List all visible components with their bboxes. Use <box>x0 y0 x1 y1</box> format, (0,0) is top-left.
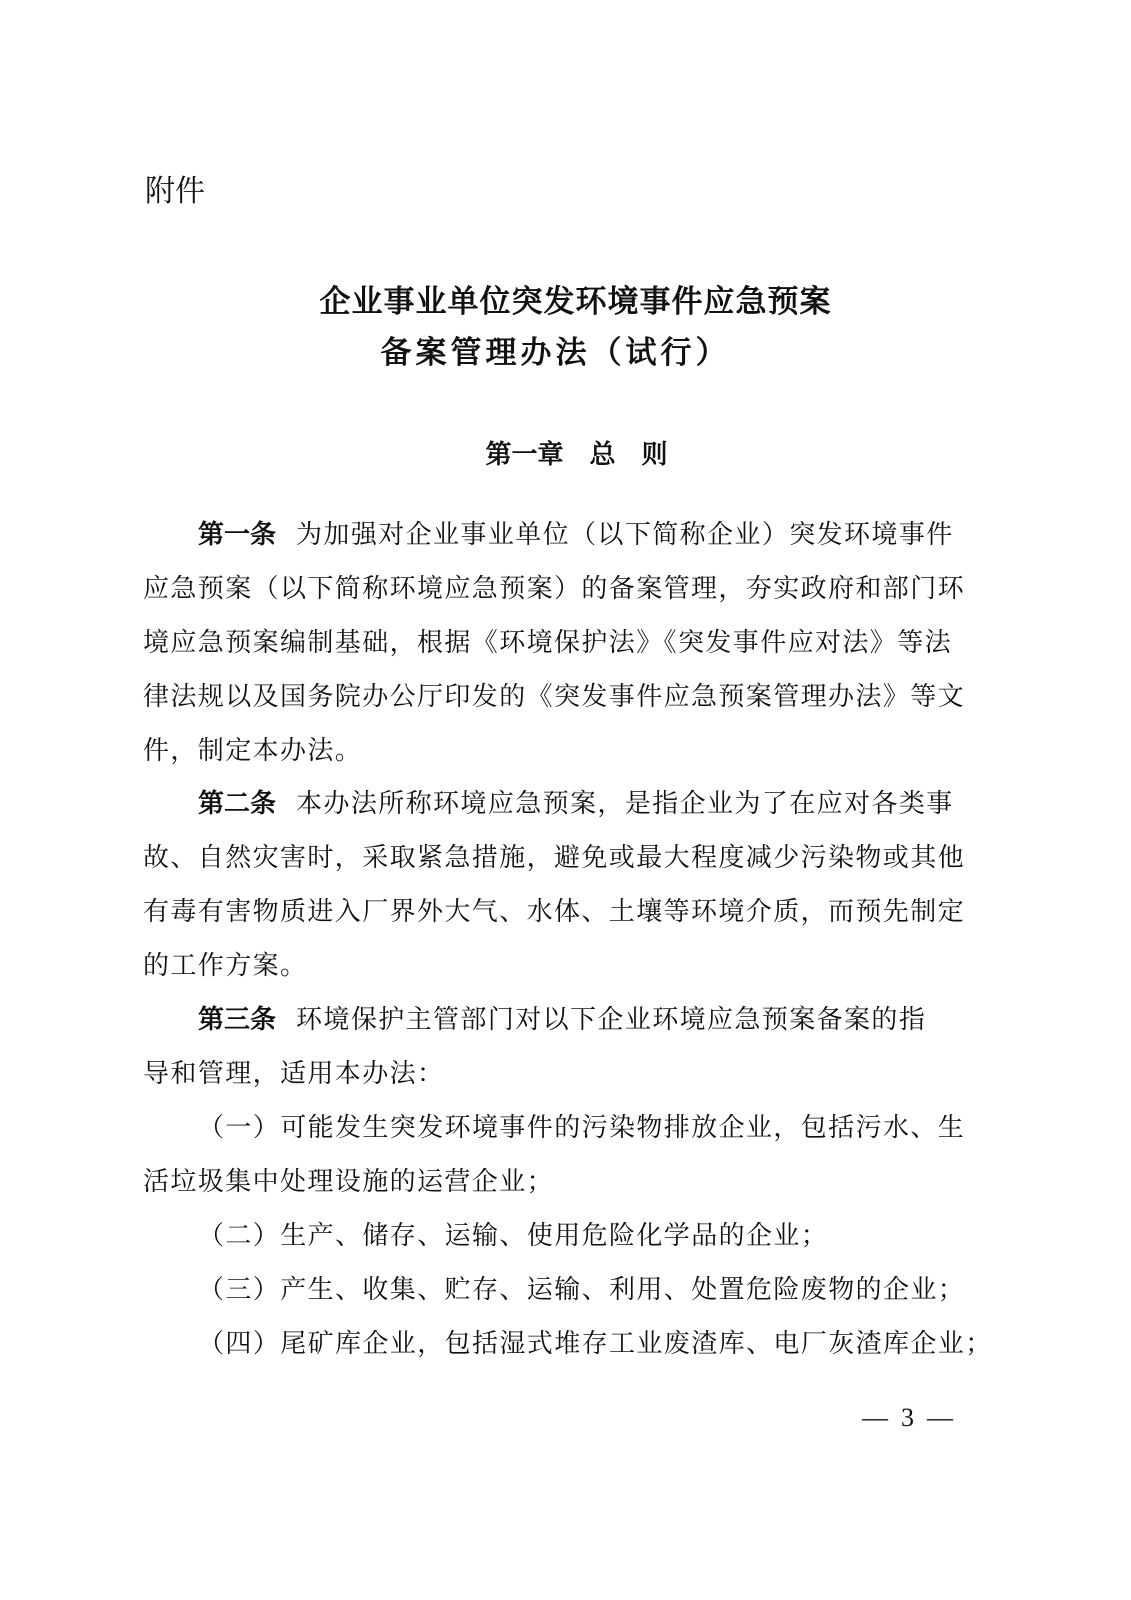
document-title-line-2: 备案管理办法（试行） <box>0 332 1121 374</box>
article-3-item-4: （四）尾矿库企业，包括湿式堆存工业废渣库、电厂灰渣库企业； <box>198 1326 1028 1362</box>
article-1-line-3: 境应急预案编制基础，根据《环境保护法》《突发事件应对法》等法 <box>143 625 973 661</box>
article-number: 第三条 <box>198 1005 276 1035</box>
article-text: 为加强对企业事业单位（以下简称企业）突发环境事件 <box>296 520 954 550</box>
article-3-item-2: （二）生产、储存、运输、使用危险化学品的企业； <box>198 1218 1028 1254</box>
article-2-line-1: 第二条本办法所称环境应急预案，是指企业为了在应对各类事 <box>198 786 1028 822</box>
article-3-item-1-line-1: （一）可能发生突发环境事件的污染物排放企业，包括污水、生 <box>198 1110 1028 1146</box>
page-number: — 3 — <box>862 1400 953 1436</box>
article-2-line-2: 故、自然灾害时，采取紧急措施，避免或最大程度减少污染物或其他 <box>143 840 973 876</box>
article-number: 第二条 <box>198 789 276 819</box>
article-3-line-2: 导和管理，适用本办法： <box>143 1056 973 1092</box>
article-1-line-5: 件，制定本办法。 <box>143 733 973 769</box>
article-2-line-4: 的工作方案。 <box>143 948 973 984</box>
article-3-item-3: （三）产生、收集、贮存、运输、利用、处置危险废物的企业； <box>198 1272 1028 1308</box>
article-1-line-2: 应急预案（以下简称环境应急预案）的备案管理，夯实政府和部门环 <box>143 571 973 607</box>
article-1-line-1: 第一条为加强对企业事业单位（以下简称企业）突发环境事件 <box>198 517 1028 553</box>
article-text: 本办法所称环境应急预案，是指企业为了在应对各类事 <box>296 789 954 819</box>
document-page: 附件 企业事业单位突发环境事件应急预案 备案管理办法（试行） 第一章 总 则 第… <box>0 0 1131 1600</box>
article-number: 第一条 <box>198 520 276 550</box>
article-3-item-1-line-2: 活垃圾集中处理设施的运营企业； <box>143 1164 973 1200</box>
article-3-line-1: 第三条环境保护主管部门对以下企业环境应急预案备案的指 <box>198 1002 1028 1038</box>
article-1-line-4: 律法规以及国务院办公厅印发的《突发事件应急预案管理办法》等文 <box>143 679 973 715</box>
document-title-line-1: 企业事业单位突发环境事件应急预案 <box>10 281 1131 323</box>
article-text: 环境保护主管部门对以下企业环境应急预案备案的指 <box>296 1005 926 1035</box>
attachment-label: 附件 <box>145 172 205 212</box>
chapter-heading: 第一章 总 则 <box>0 437 1131 473</box>
article-2-line-3: 有毒有害物质进入厂界外大气、水体、土壤等环境介质，而预先制定 <box>143 894 973 930</box>
